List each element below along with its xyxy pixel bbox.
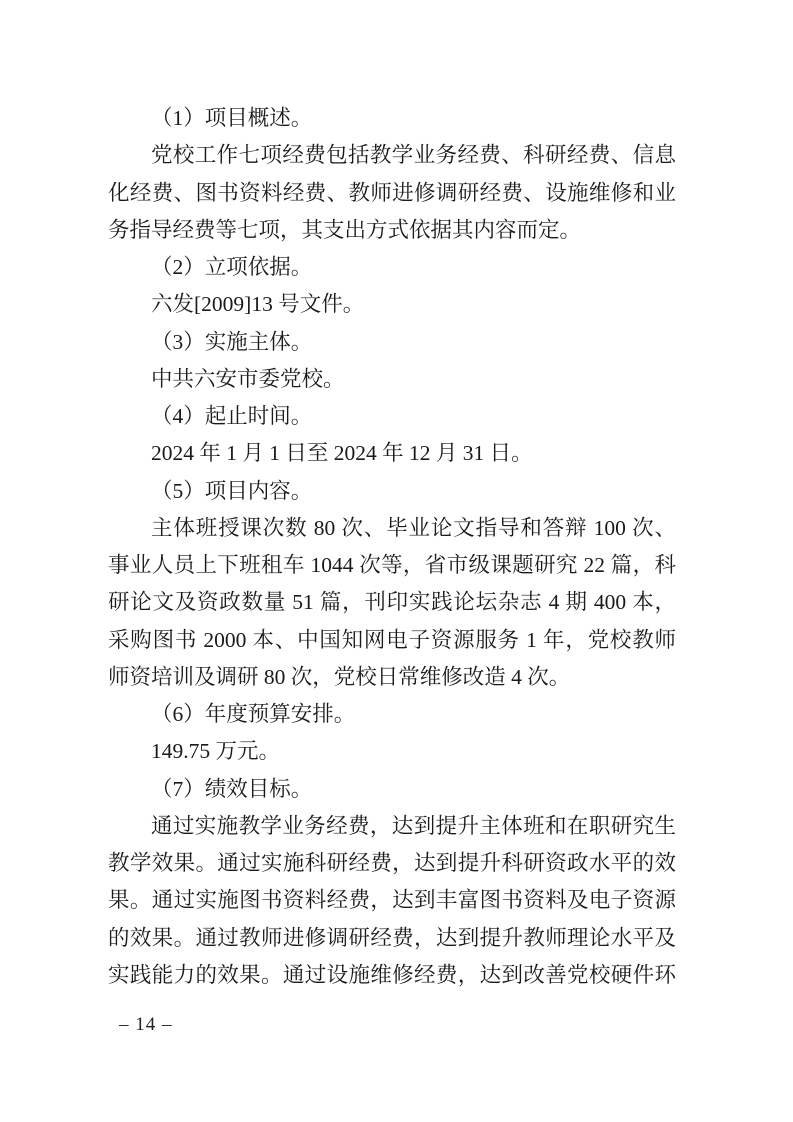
text-line: （1）项目概述。 <box>108 100 676 137</box>
text-line: 采购图书 2000 本、中国知网电子资源服务 1 年，党校教师 <box>108 622 676 659</box>
text-line: 务指导经费等七项，其支出方式依据其内容而定。 <box>108 212 676 249</box>
text-line: 149.75 万元。 <box>108 733 676 770</box>
text-line: （7）绩效目标。 <box>108 771 676 808</box>
text-line: （5）项目内容。 <box>108 473 676 510</box>
text-line: 中共六安市委党校。 <box>108 361 676 398</box>
text-line: 2024 年 1 月 1 日至 2024 年 12 月 31 日。 <box>108 435 676 472</box>
text-line: 师资培训及调研 80 次，党校日常维修改造 4 次。 <box>108 659 676 696</box>
text-line: 果。通过实施图书资料经费，达到丰富图书资料及电子资源 <box>108 882 676 919</box>
text-line: 研论文及资政数量 51 篇，刊印实践论坛杂志 4 期 400 本， <box>108 584 676 621</box>
page-number: – 14 – <box>119 1012 173 1038</box>
text-line: 党校工作七项经费包括教学业务经费、科研经费、信息 <box>108 137 676 174</box>
text-line: 化经费、图书资料经费、教师进修调研经费、设施维修和业 <box>108 175 676 212</box>
text-line: （2）立项依据。 <box>108 249 676 286</box>
document-page: （1）项目概述。党校工作七项经费包括教学业务经费、科研经费、信息化经费、图书资料… <box>0 0 793 1122</box>
document-body-text: （1）项目概述。党校工作七项经费包括教学业务经费、科研经费、信息化经费、图书资料… <box>108 100 676 994</box>
text-line: 的效果。通过教师进修调研经费，达到提升教师理论水平及 <box>108 920 676 957</box>
text-line: 六发[2009]13 号文件。 <box>108 286 676 323</box>
text-line: 主体班授课次数 80 次、毕业论文指导和答辩 100 次、 <box>108 510 676 547</box>
text-line: （6）年度预算安排。 <box>108 696 676 733</box>
text-line: 事业人员上下班租车 1044 次等，省市级课题研究 22 篇，科 <box>108 547 676 584</box>
text-line: （3）实施主体。 <box>108 324 676 361</box>
text-line: 实践能力的效果。通过设施维修经费，达到改善党校硬件环 <box>108 957 676 994</box>
text-line: 教学效果。通过实施科研经费，达到提升科研资政水平的效 <box>108 845 676 882</box>
text-line: （4）起止时间。 <box>108 398 676 435</box>
text-line: 通过实施教学业务经费，达到提升主体班和在职研究生 <box>108 808 676 845</box>
